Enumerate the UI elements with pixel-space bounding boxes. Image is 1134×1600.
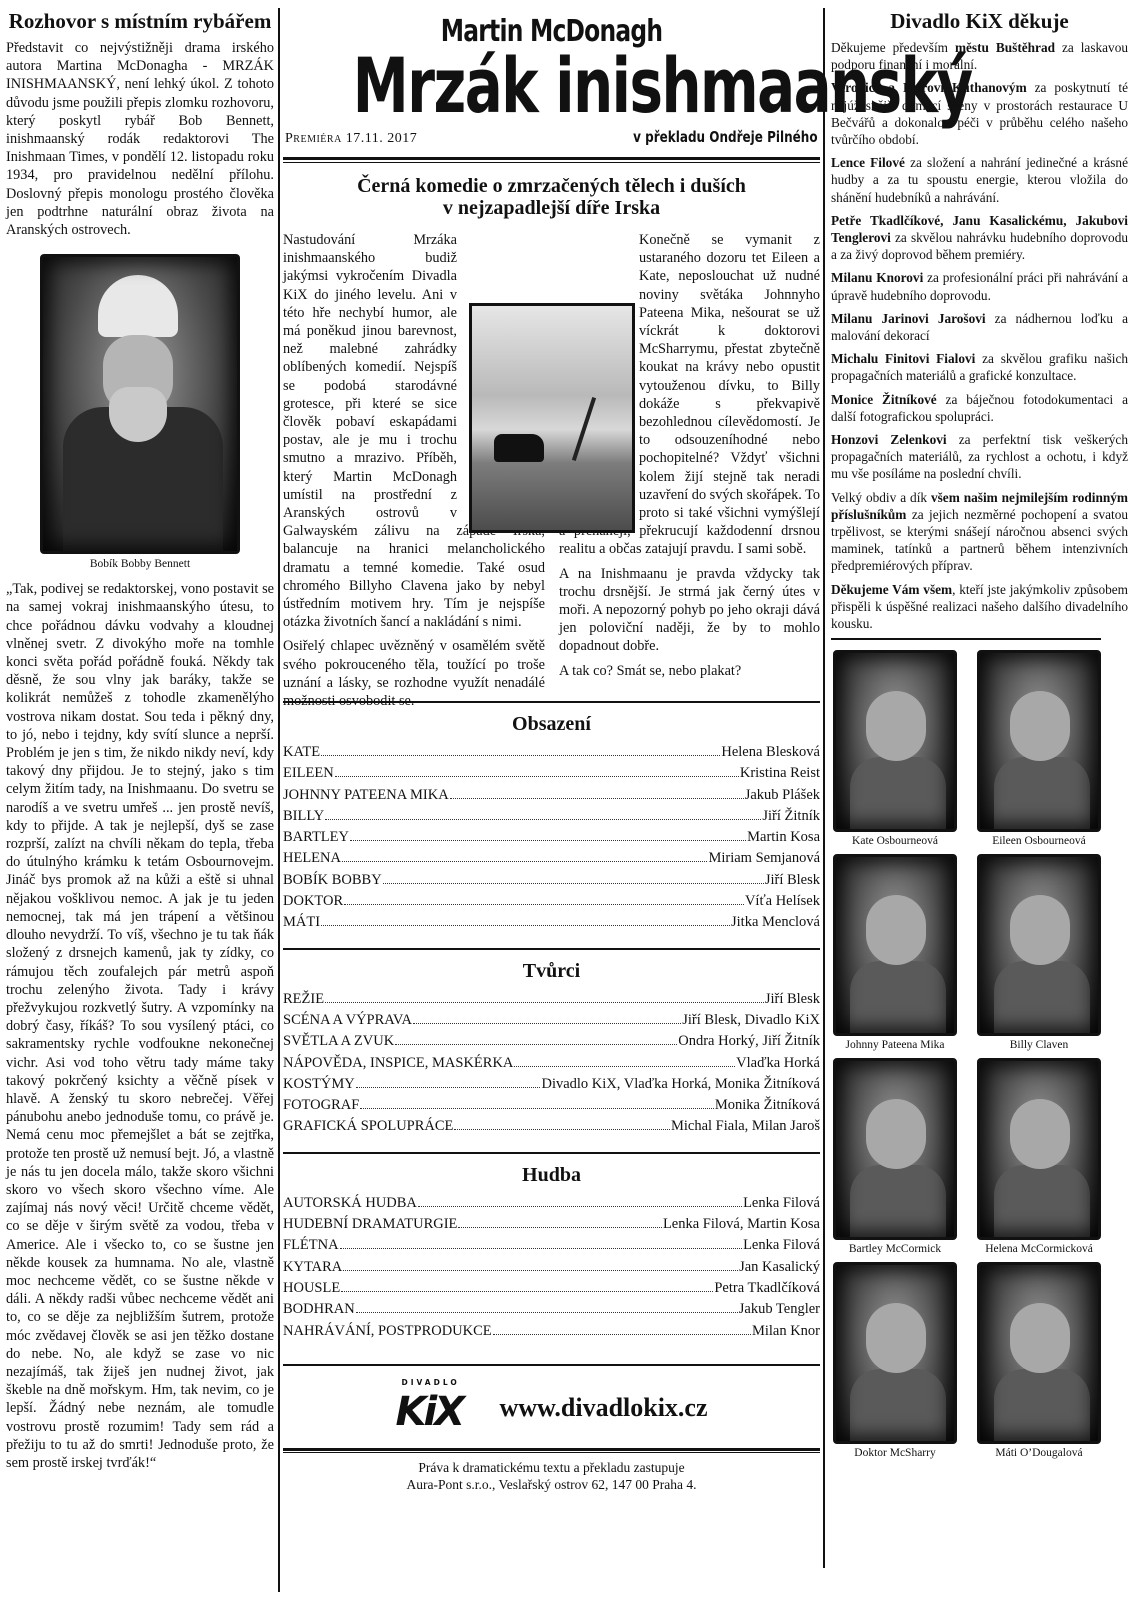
creator-row: SVĚTLA A ZVUKOndra Horký, Jiří Žitník — [283, 1031, 820, 1052]
cast-row: KATEHelena Blesková — [283, 742, 820, 763]
character-photo — [833, 1262, 957, 1444]
cast-row: BILLYJiří Žitník — [283, 806, 820, 827]
thanks-list: Děkujeme především městu Buštěhrad za la… — [831, 39, 1128, 632]
creator-row: NÁPOVĚDA, INSPICE, MASKÉRKAVlaďka Horká — [283, 1053, 820, 1074]
role: BILLY — [283, 806, 324, 827]
photo-caption: Billy Claven — [977, 1039, 1101, 1051]
cast-row: EILEENKristina Reist — [283, 763, 820, 784]
role: SCÉNA A VÝPRAVA — [283, 1010, 412, 1031]
character-photo — [977, 854, 1101, 1036]
character-photo — [833, 854, 957, 1036]
role: SVĚTLA A ZVUK — [283, 1031, 394, 1052]
role: DOKTOR — [283, 891, 343, 912]
role: HUDEBNÍ DRAMATURGIE — [283, 1214, 457, 1235]
gallery-item: Doktor McSharry — [833, 1262, 957, 1466]
person: Petra Tkadlčíková — [714, 1278, 820, 1299]
gallery-item: Bartley McCormick — [833, 1058, 957, 1262]
article-paragraph: A tak co? Smát se, nebo plakat? — [559, 662, 820, 680]
article-headline: Černá komedie o zmrzačených tělech i duš… — [283, 175, 820, 219]
interview-title: Rozhovor s místním rybářem — [6, 10, 274, 33]
photo-caption: Helena McCormicková — [977, 1243, 1101, 1255]
photo-caption: Máti O’Dougalová — [977, 1447, 1101, 1459]
person: Lenka Filová, Martin Kosa — [663, 1214, 820, 1235]
main-column: Martin McDonagh Mrzák inishmaanský Premi… — [283, 10, 820, 1493]
headline-line-1: Černá komedie o zmrzačených tělech i duš… — [357, 175, 746, 197]
thanks-item: Honzovi Zelenkovi za perfektní tisk vešk… — [831, 431, 1128, 483]
cast-row: BARTLEYMartin Kosa — [283, 827, 820, 848]
section-divider — [283, 1152, 820, 1154]
thanks-item: Milanu Jarinovi Jarošovi za nádhernou lo… — [831, 310, 1128, 344]
person: Jan Kasalický — [739, 1257, 820, 1278]
performer: Jiří Žitník — [762, 806, 820, 827]
music-row: HUDEBNÍ DRAMATURGIELenka Filová, Martin … — [283, 1214, 820, 1235]
title-subhead: Premiéra 17.11. 2017 v překladu Ondřeje … — [283, 128, 820, 147]
role: AUTORSKÁ HUDBA — [283, 1193, 417, 1214]
fisherman-photo — [40, 254, 240, 554]
creators-title: Tvůrci — [283, 960, 820, 983]
creator-row: GRAFICKÁ SPOLUPRÁCEMichal Fiala, Milan J… — [283, 1116, 820, 1137]
article-paragraph: Osiřelý chlapec uvězněný v osamělém svět… — [283, 637, 545, 710]
role: MÁTI — [283, 912, 320, 933]
role: FLÉTNA — [283, 1235, 339, 1256]
article-body: Nastudování Mrzáka inishmaanského budiž … — [283, 231, 820, 687]
music-row: FLÉTNALenka Filová — [283, 1235, 820, 1256]
performer: Miriam Semjanová — [708, 848, 820, 869]
thanks-item: Děkujeme především městu Buštěhrad za la… — [831, 39, 1128, 73]
role: JOHNNY PATEENA MIKA — [283, 785, 449, 806]
logo-label: DIVADLO — [401, 1378, 459, 1387]
footer-branding: DIVADLO KiX www.divadlokix.cz — [283, 1376, 820, 1440]
character-photo — [833, 1058, 957, 1240]
thanks-title: Divadlo KiX děkuje — [831, 10, 1128, 33]
cast-photo-gallery: Kate Osbourneová Eileen Osbourneová John… — [831, 650, 1128, 1466]
performer: Jiří Blesk — [765, 870, 820, 891]
creator-row: KOSTÝMYDivadlo KiX, Vlaďka Horká, Monika… — [283, 1074, 820, 1095]
character-photo — [833, 650, 957, 832]
music-row: KYTARAJan Kasalický — [283, 1257, 820, 1278]
gallery-item: Kate Osbourneová — [833, 650, 957, 854]
translator-credit: v překladu Ondřeje Pilného — [634, 128, 818, 146]
photo-caption: Eileen Osbourneová — [977, 835, 1101, 847]
creator-row: FOTOGRAFMonika Žitníková — [283, 1095, 820, 1116]
performer: Jakub Plášek — [745, 785, 820, 806]
gallery-item: Johnny Pateena Mika — [833, 854, 957, 1058]
section-divider — [283, 948, 820, 950]
play-title: Mrzák inishmaanský — [353, 46, 750, 126]
role: BODHRAN — [283, 1299, 355, 1320]
music-title: Hudba — [283, 1164, 820, 1187]
cast-row: HELENAMiriam Semjanová — [283, 848, 820, 869]
gallery-divider — [831, 638, 1101, 640]
photo-caption: Kate Osbourneová — [833, 835, 957, 847]
thanks-item: Milanu Knorovi za profesionální práci př… — [831, 269, 1128, 303]
cast-row: JOHNNY PATEENA MIKAJakub Plášek — [283, 785, 820, 806]
interview-quote: „Tak, podivej se redaktorskej, vono post… — [6, 580, 274, 1472]
role: REŽIE — [283, 989, 324, 1010]
interview-column: Rozhovor s místním rybářem Představit co… — [6, 10, 274, 1472]
music-row: AUTORSKÁ HUDBALenka Filová — [283, 1193, 820, 1214]
person: Lenka Filová — [743, 1193, 820, 1214]
character-photo — [977, 650, 1101, 832]
section-divider — [283, 1364, 820, 1366]
gallery-item: Helena McCormicková — [977, 1058, 1101, 1262]
thanks-item: Lence Filové za složení a nahrání jedine… — [831, 154, 1128, 206]
person: Lenka Filová — [743, 1235, 820, 1256]
person: Milan Knor — [752, 1321, 820, 1342]
column-divider-left — [278, 8, 280, 1592]
gallery-item: Billy Claven — [977, 854, 1101, 1058]
role: NÁPOVĚDA, INSPICE, MASKÉRKA — [283, 1053, 513, 1074]
role: KYTARA — [283, 1257, 342, 1278]
gallery-item: Eileen Osbourneová — [977, 650, 1101, 854]
role: KOSTÝMY — [283, 1074, 355, 1095]
person: Monika Žitníková — [715, 1095, 820, 1116]
thanks-item: Monice Žitníkové za báječnou fotodokumen… — [831, 391, 1128, 425]
music-row: HOUSLEPetra Tkadlčíková — [283, 1278, 820, 1299]
person: Ondra Horký, Jiří Žitník — [678, 1031, 820, 1052]
role: KATE — [283, 742, 320, 763]
interview-intro: Představit co nejvýstižněji drama irskéh… — [6, 39, 274, 239]
role: BARTLEY — [283, 827, 349, 848]
character-photo — [977, 1262, 1101, 1444]
thanks-column: Divadlo KiX děkuje Děkujeme především mě… — [831, 10, 1128, 1466]
creator-row: REŽIEJiří Blesk — [283, 989, 820, 1010]
character-photo — [977, 1058, 1101, 1240]
person: Jakub Tengler — [739, 1299, 820, 1320]
performer: Jitka Menclová — [731, 912, 820, 933]
cast-title: Obsazení — [283, 713, 820, 736]
cast-row: DOKTORVíťa Helísek — [283, 891, 820, 912]
rights-line-1: Práva k dramatickému textu a překladu za… — [418, 1460, 684, 1475]
headline-line-2: v nejzapadlejší díře Irska — [443, 197, 660, 219]
role: HELENA — [283, 848, 341, 869]
person: Michal Fiala, Milan Jaroš — [671, 1116, 820, 1137]
photo-caption: Johnny Pateena Mika — [833, 1039, 957, 1051]
performer: Martin Kosa — [747, 827, 820, 848]
role: BOBÍK BOBBY — [283, 870, 382, 891]
creator-row: SCÉNA A VÝPRAVAJiří Blesk, Divadlo KiX — [283, 1010, 820, 1031]
thanks-item: Děkujeme Vám všem, kteří jste jakýmkoliv… — [831, 581, 1128, 633]
cow-landscape-photo — [469, 303, 635, 533]
photo-caption: Bartley McCormick — [833, 1243, 957, 1255]
person: Jiří Blesk, Divadlo KiX — [682, 1010, 820, 1031]
music-list: AUTORSKÁ HUDBALenka Filová HUDEBNÍ DRAMA… — [283, 1193, 820, 1342]
thanks-item: Michalu Finitovi Fialovi za skvělou graf… — [831, 350, 1128, 384]
website-link[interactable]: www.divadlokix.cz — [499, 1393, 707, 1423]
thanks-item: Petře Tkadlčíkové, Janu Kasalickému, Jak… — [831, 212, 1128, 264]
role: FOTOGRAF — [283, 1095, 359, 1116]
role: GRAFICKÁ SPOLUPRÁCE — [283, 1116, 453, 1137]
person: Jiří Blesk — [765, 989, 820, 1010]
role: EILEEN — [283, 763, 334, 784]
performer: Helena Blesková — [721, 742, 820, 763]
fisherman-photo-caption: Bobík Bobby Bennett — [6, 558, 274, 570]
cast-list: KATEHelena Blesková EILEENKristina Reist… — [283, 742, 820, 934]
role: NAHRÁVÁNÍ, POSTPRODUKCE — [283, 1321, 492, 1342]
playbill-page: Rozhovor s místním rybářem Představit co… — [0, 0, 1134, 1600]
music-row: NAHRÁVÁNÍ, POSTPRODUKCEMilan Knor — [283, 1321, 820, 1342]
cast-row: BOBÍK BOBBYJiří Blesk — [283, 870, 820, 891]
person: Divadlo KiX, Vlaďka Horká, Monika Žitník… — [541, 1074, 820, 1095]
gallery-item: Máti O’Dougalová — [977, 1262, 1101, 1466]
column-divider-right — [823, 8, 825, 1568]
thanks-item: Veronice a Petrovi Kuthanovým za poskytn… — [831, 79, 1128, 148]
footer-divider — [283, 1448, 820, 1453]
photo-caption: Doktor McSharry — [833, 1447, 957, 1459]
article-paragraph: A na Inishmaanu je pravda vždycky tak tr… — [559, 565, 820, 656]
rights-line-2: Aura-Pont s.r.o., Veslařský ostrov 62, 1… — [407, 1477, 697, 1492]
music-row: BODHRANJakub Tengler — [283, 1299, 820, 1320]
performer: Kristina Reist — [740, 763, 820, 784]
logo-mark: KiX — [395, 1388, 462, 1436]
cast-row: MÁTIJitka Menclová — [283, 912, 820, 933]
creators-list: REŽIEJiří Blesk SCÉNA A VÝPRAVAJiří Bles… — [283, 989, 820, 1138]
header-divider — [283, 157, 820, 163]
thanks-item: Velký obdiv a dík všem našim nejmilejším… — [831, 489, 1128, 575]
role: HOUSLE — [283, 1278, 340, 1299]
premiere-date: Premiéra 17.11. 2017 — [285, 131, 417, 147]
kix-logo: DIVADLO KiX — [395, 1378, 471, 1438]
person: Vlaďka Horká — [736, 1053, 820, 1074]
performer: Víťa Helísek — [745, 891, 820, 912]
rights-notice: Práva k dramatickému textu a překladu za… — [283, 1459, 820, 1493]
